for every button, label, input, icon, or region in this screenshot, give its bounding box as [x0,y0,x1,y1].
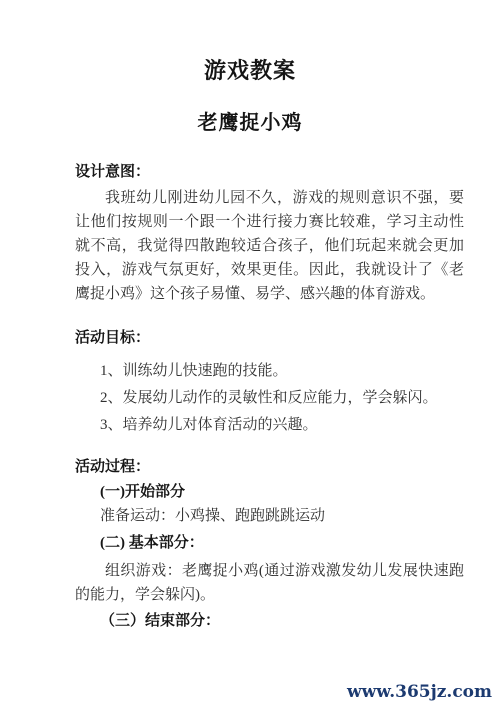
goals-list: 1、训练幼儿快速跑的技能。 2、发展幼儿动作的灵敏性和反应能力，学会躲闪。 3、… [75,358,464,439]
document-page: 游戏教案 老鹰捉小鸡 设计意图： 我班幼儿刚进幼儿园不久，游戏的规则意识不强，要… [0,0,500,708]
doc-subtitle: 老鹰捉小鸡 [0,108,500,138]
process-part1-heading: (一)开始部分 [100,482,464,502]
doc-content: 设计意图： 我班幼儿刚进幼儿园不久，游戏的规则意识不强，要让他们按规则一个跟一个… [75,162,464,631]
design-intent-heading: 设计意图： [75,162,464,182]
process-part2-body: 组织游戏：老鹰捉小鸡(通过游戏激发幼儿发展快速跑的能力，学会躲闪)。 [75,559,464,607]
process-part1-body: 准备运动：小鸡操、跑跑跳跳运动 [100,506,464,526]
goal-item-3: 3、培养幼儿对体育活动的兴趣。 [100,412,464,439]
process-part2-heading: (二) 基本部分： [100,533,464,553]
design-intent-paragraph: 我班幼儿刚进幼儿园不久，游戏的规则意识不强，要让他们按规则一个跟一个进行接力赛比… [75,186,464,306]
process-part3-heading: （三）结束部分： [100,611,464,631]
footer-site-link[interactable]: www.365jz.com [347,682,492,702]
process-heading: 活动过程： [75,457,464,477]
doc-title: 游戏教案 [0,56,500,86]
goals-heading: 活动目标： [75,328,464,348]
goal-item-2: 2、发展幼儿动作的灵敏性和反应能力，学会躲闪。 [100,385,464,412]
goal-item-1: 1、训练幼儿快速跑的技能。 [100,358,464,385]
